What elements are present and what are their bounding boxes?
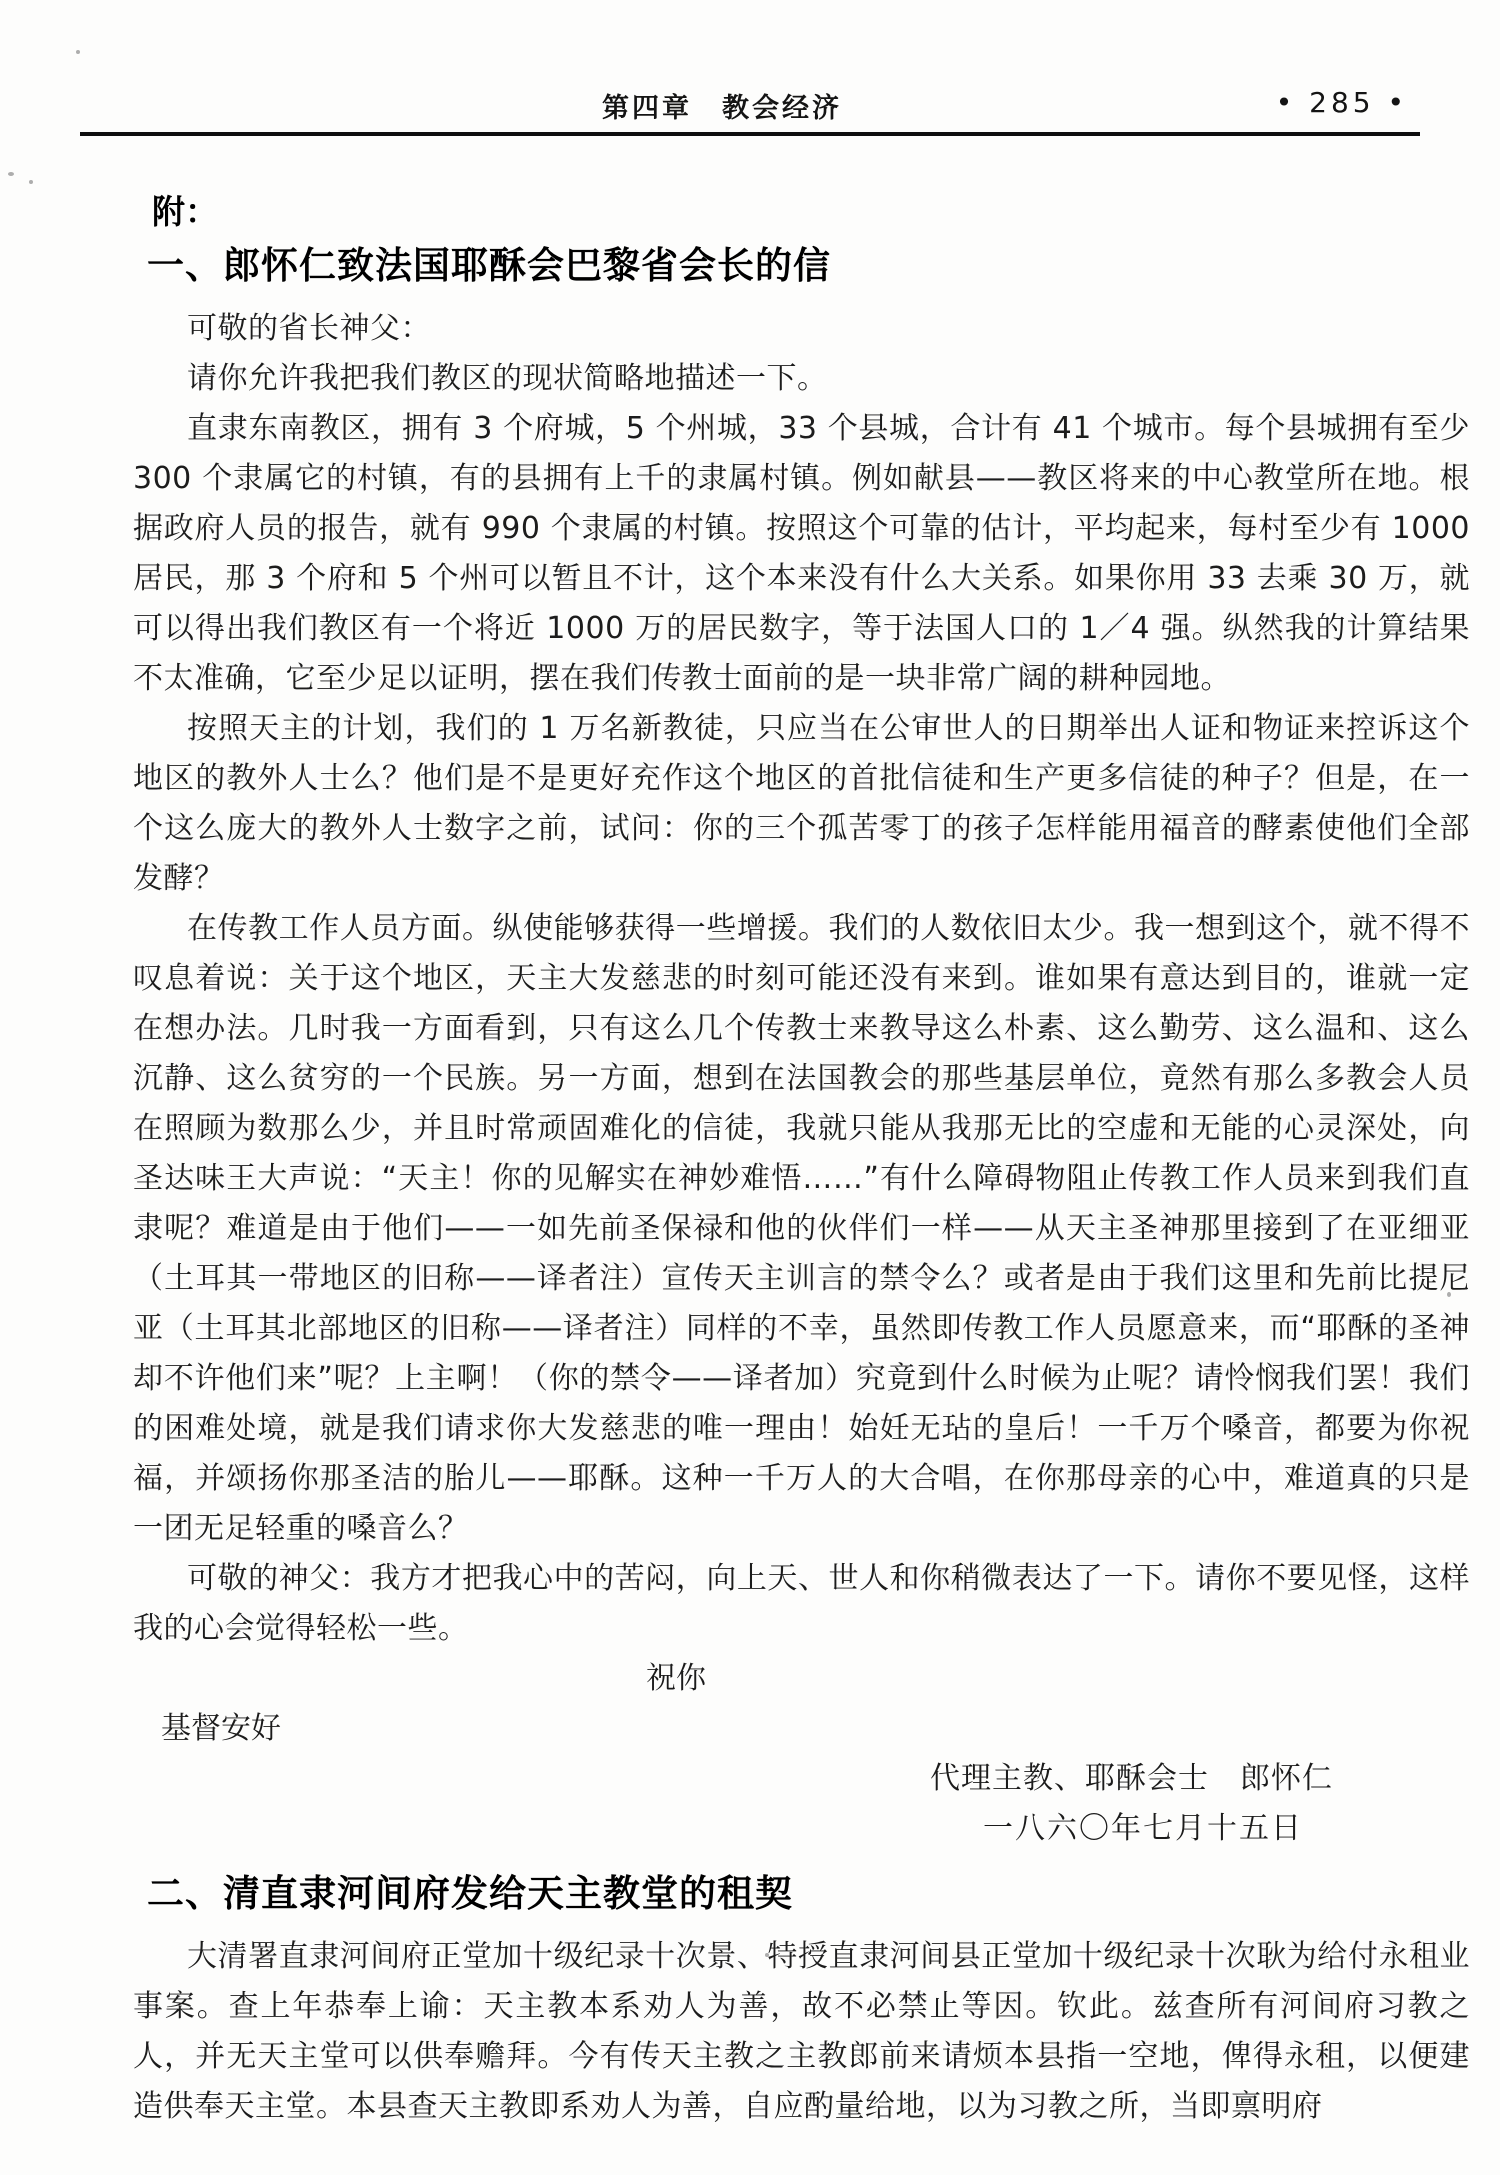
page-number: • 285 • xyxy=(1276,86,1408,119)
page-content: 附： 一、郎怀仁致法国耶酥会巴黎省会长的信 可敬的省长神父： 请你允许我把我们教… xyxy=(133,192,1470,2132)
signature-line: 代理主教、耶酥会士 郎怀仁 xyxy=(133,1754,1470,1804)
letter-paragraph-personnel: 在传教工作人员方面。纵使能够获得一些增援。我们的人数依旧太少。我一想到这个，就不… xyxy=(133,904,1470,1554)
chapter-title: 第四章 教会经济 xyxy=(58,86,1386,125)
letter-paragraph-diocese: 直隶东南教区，拥有 3 个府城，5 个州城，33 个县城，合计有 41 个城市。… xyxy=(133,404,1470,704)
scan-speck xyxy=(765,1953,769,1957)
scan-speck xyxy=(1447,1292,1451,1297)
lease-heading: 二、清直隶河间府发给天主教堂的租契 xyxy=(147,1872,1470,1916)
letter-paragraph-greeting: 可敬的省长神父： xyxy=(133,304,1470,354)
scan-speck xyxy=(76,50,80,54)
closing-wish: 祝你 xyxy=(133,1654,1470,1704)
scan-speck xyxy=(512,1035,516,1041)
page-header: 第四章 教会经济 • 285 • xyxy=(80,86,1408,122)
letter-heading: 一、郎怀仁致法国耶酥会巴黎省会长的信 xyxy=(147,244,1470,288)
scan-speck xyxy=(29,180,33,184)
header-rule xyxy=(80,132,1420,136)
date-line: 一八六〇年七月十五日 xyxy=(133,1804,1470,1854)
lease-paragraph: 大清署直隶河间府正堂加十级纪录十次景、特授直隶河间县正堂加十级纪录十次耿为给付永… xyxy=(133,1932,1470,2132)
document-page: 第四章 教会经济 • 285 • 附： 一、郎怀仁致法国耶酥会巴黎省会长的信 可… xyxy=(0,0,1500,2175)
scan-speck xyxy=(8,172,14,176)
letter-paragraph-plan: 按照天主的计划，我们的 1 万名新教徒，只应当在公审世人的日期举出人证和物证来控… xyxy=(133,704,1470,904)
closing-greeting: 基督安好 xyxy=(133,1704,1470,1754)
letter-paragraph-farewell: 可敬的神父：我方才把我心中的苦闷，向上天、世人和你稍微表达了一下。请你不要见怪，… xyxy=(133,1554,1470,1654)
attachment-label: 附： xyxy=(152,192,1470,232)
letter-paragraph-intro: 请你允许我把我们教区的现状简略地描述一下。 xyxy=(133,354,1470,404)
